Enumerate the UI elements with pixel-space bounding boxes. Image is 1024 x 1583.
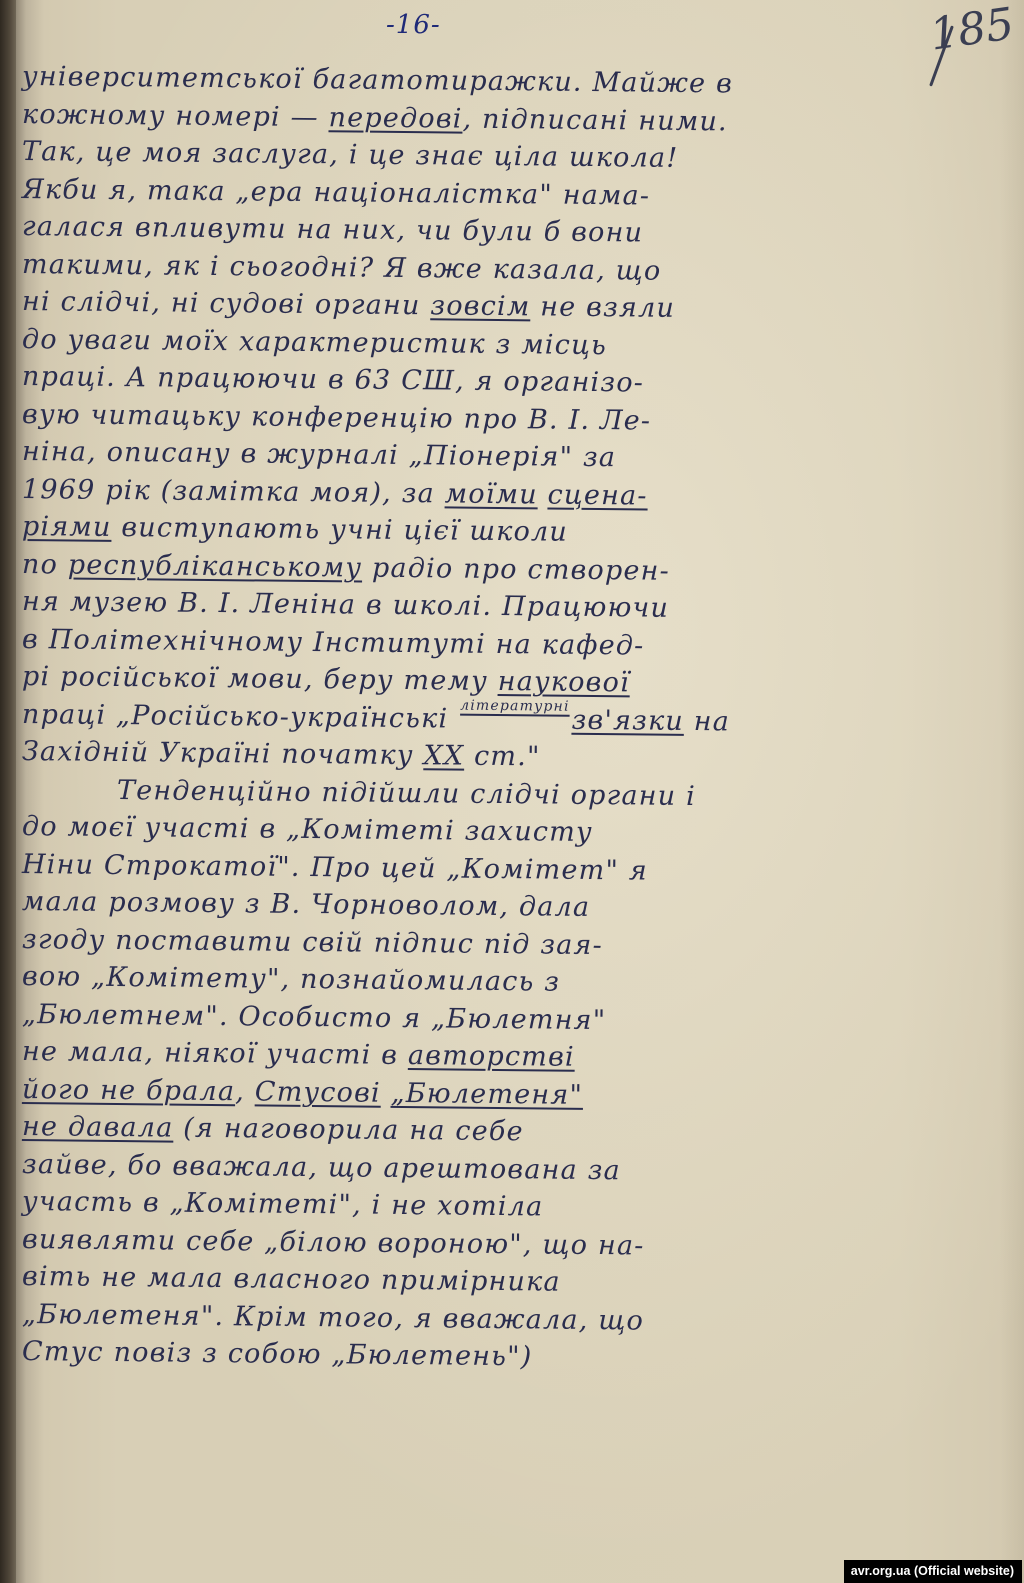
text-span [538,479,548,510]
underlined-word: його не брала [22,1074,236,1107]
text-span: Західній Україні початку [22,736,424,771]
text-span: радіо про створен- [362,552,670,586]
text-span: ні слідчі, ні судові органи [22,286,431,321]
underlined-word: сцена- [547,479,647,511]
text-span: виступають учні цієї школи [111,512,568,548]
text-span: по [22,549,68,580]
underlined-word: „Бюлетеня" [390,1077,583,1110]
text-span: ст." [464,741,541,773]
handwritten-text: університетської багатотиражки. Майже в … [22,58,992,1371]
underlined-word: ХХ [423,740,464,771]
underlined-word: Стусові [255,1076,381,1108]
underlined-word: моїми [445,478,538,510]
handwritten-insertion: літературні [460,697,570,714]
underlined-word: зовсім [430,290,530,322]
underlined-word: ріями [22,511,112,543]
text-span: на [684,705,730,736]
text-span: , підписані ними. [462,103,728,137]
document-page: -16- 185 університетської багатотиражки.… [0,0,1024,1583]
underlined-word: республіканському [68,549,363,583]
text-span: не мала, ніякої участі в [22,1036,408,1071]
underlined-word: наукової [498,666,630,698]
underlined-word: зв'язки [571,704,684,736]
text-span: (я наговорила на себе [173,1113,524,1148]
text-span [381,1077,391,1108]
underlined-word: передові [328,102,462,134]
text-span: не взяли [530,291,675,324]
text-span: кожному номері — [22,99,329,133]
book-spine-shadow [0,0,16,1583]
underlined-word: не давала [22,1111,174,1144]
text-span: 1969 рік (замітка моя), за [22,474,445,509]
underlined-word: авторстві [408,1040,575,1073]
text-span: праці „Російсько-українські [22,699,458,735]
archive-folio-number: 185 [927,0,1017,61]
text-span: , [235,1076,255,1107]
text-span: рі російської мови, беру тему [22,661,498,697]
source-watermark: avr.org.ua (Official website) [844,1560,1022,1583]
page-number: -16- [386,10,441,40]
